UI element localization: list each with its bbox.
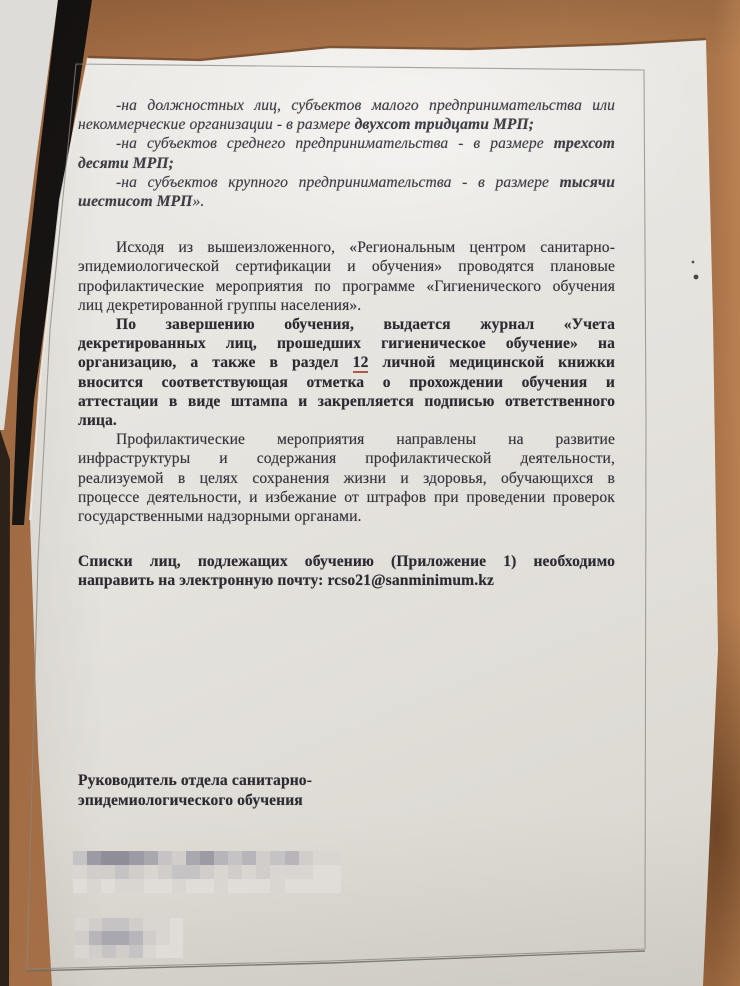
text-segment: Списки лиц, подлежащих обучению (Приложе… xyxy=(78,553,615,570)
text-line: вносится соответствующая отметка о прохо… xyxy=(78,373,615,392)
text-line: профилактические мероприятия по программ… xyxy=(78,277,615,296)
redaction-pixel xyxy=(299,879,313,893)
redaction-pixel xyxy=(299,851,313,865)
redaction-pixel xyxy=(170,918,184,931)
redaction-pixel xyxy=(186,879,200,893)
redaction-pixel xyxy=(101,879,115,893)
redaction-pixel xyxy=(172,851,186,865)
redaction-pixel xyxy=(270,865,284,879)
text-line: лица. xyxy=(78,411,615,430)
text-segment: тысячи xyxy=(560,174,615,191)
text-line: Профилактические мероприятия направлены … xyxy=(78,430,615,449)
redaction-pixel xyxy=(256,879,270,893)
redaction-pixel xyxy=(313,879,327,893)
redaction-pixel xyxy=(214,851,228,865)
text-segment: лиц декретированной группы населения». xyxy=(78,297,361,314)
redaction-pixel xyxy=(214,879,228,893)
redaction-pixel xyxy=(73,865,87,879)
text-line: реализуемой в целях сохранения жизни и з… xyxy=(78,469,615,488)
text-segment: Профилактические мероприятия направлены … xyxy=(116,431,615,448)
text-line: аттестации в виде штампа и закрепляется … xyxy=(78,392,615,411)
text-segment: инфраструктуры и содержания профилактиче… xyxy=(78,450,615,467)
redaction-pixel xyxy=(143,918,157,931)
ink-speck xyxy=(692,261,695,264)
text-line: организацию, а также в раздел 12 личной … xyxy=(78,353,615,372)
redaction-pixel xyxy=(285,879,299,893)
text-segment: эпидемиологического обучения xyxy=(78,792,303,809)
redaction-pixel xyxy=(270,879,284,893)
preventive-measures-paragraph: Профилактические мероприятия направлены … xyxy=(78,430,615,526)
redaction-pixel xyxy=(129,918,143,931)
text-segment: организацию, а также в раздел xyxy=(78,354,353,371)
ink-speck xyxy=(694,275,699,280)
paper-top-edge-shadow xyxy=(88,39,706,60)
text-line: декретированных лиц, прошедших гигиениче… xyxy=(78,334,615,353)
redaction-pixel xyxy=(143,945,157,958)
redaction-pixel xyxy=(116,918,130,931)
text-line: По завершению обучения, выдается журнал … xyxy=(78,315,615,334)
text-segment: десяти МРП; xyxy=(78,155,174,172)
redaction-pixel xyxy=(186,865,200,879)
text-line: направить на электронную почту: rcso21@s… xyxy=(78,571,615,590)
redaction-pixel xyxy=(200,879,214,893)
redaction-pixel xyxy=(200,865,214,879)
text-line: -на должностных лиц, субъектов малого пр… xyxy=(78,96,615,115)
redaction-pixel xyxy=(327,851,341,865)
redacted-stamp xyxy=(75,918,183,958)
text-line: инфраструктуры и содержания профилактиче… xyxy=(78,449,615,468)
redaction-pixel xyxy=(144,851,158,865)
text-line: эпидемиологической сертификации и обучен… xyxy=(78,257,615,276)
text-segment: государственными надзорными органами. xyxy=(78,508,362,525)
text-line: десяти МРП; xyxy=(78,154,615,173)
redaction-pixel xyxy=(242,851,256,865)
redaction-pixel xyxy=(285,865,299,879)
redaction-pixel xyxy=(116,945,130,958)
redaction-pixel xyxy=(129,851,143,865)
text-segment: эпидемиологической сертификации и обучен… xyxy=(78,258,615,275)
redaction-pixel xyxy=(228,865,242,879)
text-line: шестисот МРП». xyxy=(78,192,615,211)
redaction-pixel xyxy=(256,865,270,879)
redaction-pixel xyxy=(129,931,143,944)
text-segment: двухсот тридцати МРП xyxy=(355,116,529,133)
text-segment: некоммерческие организации - в размере xyxy=(78,116,355,133)
fine-medium-business: -на субъектов среднего предпринимательст… xyxy=(78,134,615,172)
text-segment: ; xyxy=(529,116,534,133)
redaction-pixel xyxy=(172,865,186,879)
redaction-pixel xyxy=(156,931,170,944)
text-segment: -на субъектов крупного предпринимательст… xyxy=(116,174,560,191)
redaction-pixel xyxy=(200,851,214,865)
redaction-pixel xyxy=(158,851,172,865)
document-text: -на должностных лиц, субъектов малого пр… xyxy=(78,96,615,812)
redaction-pixel xyxy=(75,931,89,944)
redaction-pixel xyxy=(156,918,170,931)
text-line: государственными надзорными органами. xyxy=(78,507,615,526)
text-segment: вносится соответствующая отметка о прохо… xyxy=(78,374,615,391)
redaction-pixel xyxy=(228,851,242,865)
redaction-pixel xyxy=(228,879,242,893)
redaction-pixel xyxy=(129,879,143,893)
redaction-pixel xyxy=(75,918,89,931)
text-segment: направить на электронную почту: xyxy=(78,572,327,589)
redaction-pixel xyxy=(170,945,184,958)
redaction-pixel xyxy=(186,851,200,865)
redaction-pixel xyxy=(144,879,158,893)
text-segment: Исходя из вышеизложенного, «Региональным… xyxy=(116,239,615,256)
redaction-pixel xyxy=(73,851,87,865)
redaction-pixel xyxy=(129,865,143,879)
text-segment: лица. xyxy=(78,412,117,429)
text-segment: личной медицинской книжки xyxy=(368,354,615,371)
redaction-pixel xyxy=(116,931,130,944)
text-line: эпидемиологического обучения xyxy=(78,791,615,812)
text-segment: трехсот xyxy=(554,135,615,152)
text-line: -на субъектов среднего предпринимательст… xyxy=(78,134,615,153)
redacted-signer-name xyxy=(73,851,341,893)
photo-of-document: -на должностных лиц, субъектов малого пр… xyxy=(0,0,740,986)
redaction-pixel xyxy=(214,865,228,879)
fine-large-business: -на субъектов крупного предпринимательст… xyxy=(78,173,615,211)
text-segment: ». xyxy=(193,193,205,210)
text-segment: реализуемой в целях сохранения жизни и з… xyxy=(78,470,615,487)
redaction-pixel xyxy=(327,865,341,879)
text-segment: профилактические мероприятия по программ… xyxy=(78,278,615,295)
redaction-pixel xyxy=(144,865,158,879)
redaction-pixel xyxy=(143,931,157,944)
redaction-pixel xyxy=(102,945,116,958)
text-segment: шестисот МРП xyxy=(78,193,193,210)
redaction-pixel xyxy=(115,865,129,879)
text-segment: декретированных лиц, прошедших гигиениче… xyxy=(78,335,615,352)
text-line: Руководитель отдела санитарно- xyxy=(78,771,615,792)
redaction-pixel xyxy=(115,879,129,893)
text-line: лиц декретированной группы населения». xyxy=(78,296,615,315)
text-line: Исходя из вышеизложенного, «Региональным… xyxy=(78,238,615,257)
redaction-pixel xyxy=(102,918,116,931)
redaction-pixel xyxy=(299,865,313,879)
redaction-pixel xyxy=(87,865,101,879)
redaction-pixel xyxy=(87,851,101,865)
redaction-pixel xyxy=(158,865,172,879)
text-segment: аттестации в виде штампа и закрепляется … xyxy=(78,393,615,410)
redaction-pixel xyxy=(170,931,184,944)
fine-officials-small-business: -на должностных лиц, субъектов малого пр… xyxy=(78,96,615,134)
redaction-pixel xyxy=(242,865,256,879)
redaction-pixel xyxy=(327,879,341,893)
redaction-pixel xyxy=(156,945,170,958)
redaction-pixel xyxy=(172,879,186,893)
redaction-pixel xyxy=(129,945,143,958)
text-line: некоммерческие организации - в размере д… xyxy=(78,115,615,134)
text-line: процессе деятельности, и избежание от шт… xyxy=(78,488,615,507)
redaction-pixel xyxy=(313,851,327,865)
email-address: rcso21@sanminimum.kz xyxy=(327,572,494,589)
text-segment: -на субъектов среднего предпринимательст… xyxy=(116,135,554,152)
text-segment: По завершению обучения, выдается журнал … xyxy=(116,316,615,333)
redaction-pixel xyxy=(158,879,172,893)
redaction-pixel xyxy=(73,879,87,893)
redaction-pixel xyxy=(102,931,116,944)
signature-title: Руководитель отдела санитарно-эпидемиоло… xyxy=(78,771,615,812)
redaction-pixel xyxy=(101,865,115,879)
text-segment: -на должностных лиц, субъектов малого пр… xyxy=(116,97,615,114)
redaction-pixel xyxy=(256,851,270,865)
journal-paragraph: По завершению обучения, выдается журнал … xyxy=(78,315,615,430)
redaction-pixel xyxy=(89,918,103,931)
redaction-pixel xyxy=(101,851,115,865)
section-number-12: 12 xyxy=(353,354,369,373)
redaction-pixel xyxy=(89,945,103,958)
redaction-pixel xyxy=(285,851,299,865)
redaction-pixel xyxy=(87,879,101,893)
redaction-pixel xyxy=(115,851,129,865)
redaction-pixel xyxy=(75,945,89,958)
redaction-pixel xyxy=(242,879,256,893)
redaction-pixel xyxy=(313,865,327,879)
redaction-pixel xyxy=(89,931,103,944)
text-line: -на субъектов крупного предпринимательст… xyxy=(78,173,615,192)
text-segment: Руководитель отдела санитарно- xyxy=(78,772,312,789)
send-lists-paragraph: Списки лиц, подлежащих обучению (Приложе… xyxy=(78,552,615,590)
text-segment: процессе деятельности, и избежание от шт… xyxy=(78,489,615,506)
text-line: Списки лиц, подлежащих обучению (Приложе… xyxy=(78,552,615,571)
regional-center-paragraph: Исходя из вышеизложенного, «Региональным… xyxy=(78,238,615,315)
redaction-pixel xyxy=(270,851,284,865)
